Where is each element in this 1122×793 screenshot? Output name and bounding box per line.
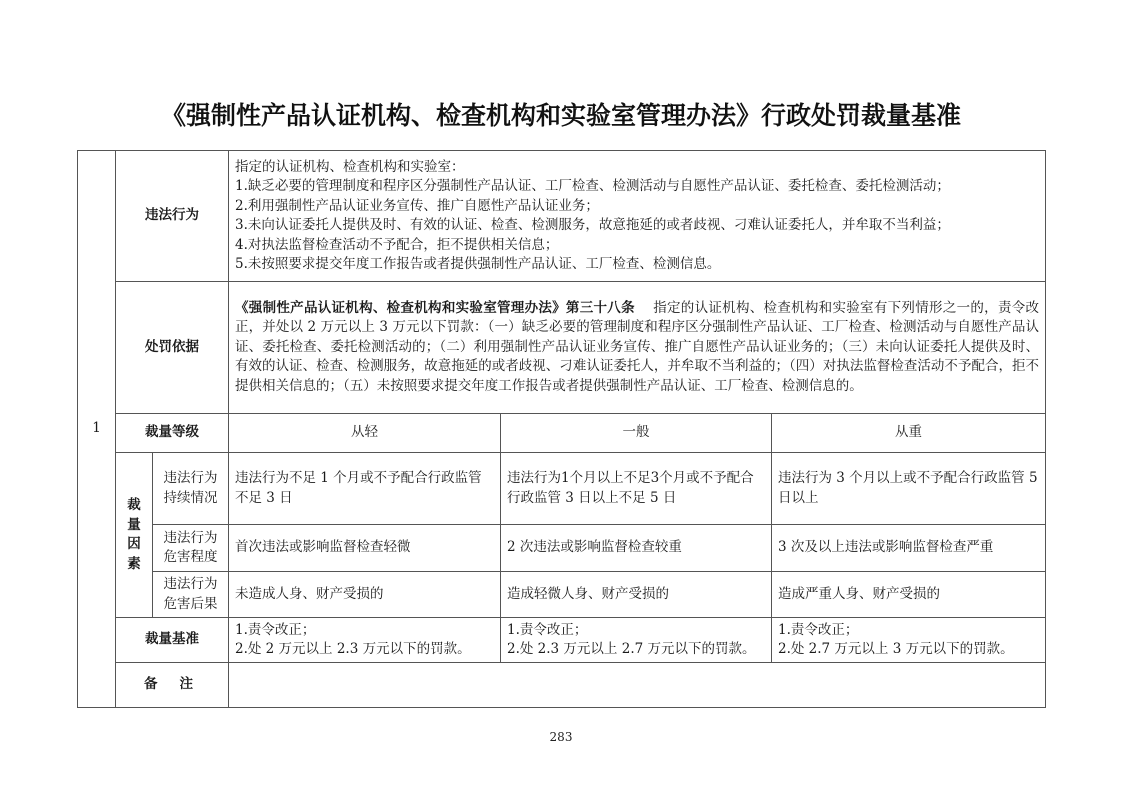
- standard-row: 裁量基准 1.责令改正； 2.处 2 万元以上 2.3 万元以下的罚款。 1.责…: [78, 618, 1046, 663]
- standard-cell: 1.责令改正； 2.处 2.7 万元以上 3 万元以下的罚款。: [772, 618, 1046, 663]
- violation-line: 1.缺乏必要的管理制度和程序区分强制性产品认证、工厂检查、检测活动与自愿性产品认…: [235, 177, 1039, 197]
- remarks-value: [229, 663, 1046, 708]
- penalty-discretion-table: 1 违法行为 指定的认证机构、检查机构和实验室： 1.缺乏必要的管理制度和程序区…: [77, 150, 1046, 708]
- violation-line: 指定的认证机构、检查机构和实验室：: [235, 158, 1039, 178]
- factors-label-char: 量: [116, 516, 152, 536]
- level-severe: 从重: [772, 414, 1046, 453]
- basis-label: 处罚依据: [116, 282, 229, 414]
- factor-row-consequence: 违法行为 危害后果 未造成人身、财产受损的 造成轻微人身、财产受损的 造成严重人…: [78, 572, 1046, 618]
- factor-cell: 造成严重人身、财产受损的: [772, 572, 1046, 618]
- basis-row: 处罚依据 《强制性产品认证机构、检查机构和实验室管理办法》第三十八条 指定的认证…: [78, 282, 1046, 414]
- violation-content: 指定的认证机构、检查机构和实验室： 1.缺乏必要的管理制度和程序区分强制性产品认…: [229, 151, 1046, 282]
- standard-line: 1.责令改正；: [507, 621, 765, 641]
- standard-line: 2.处 2.3 万元以上 2.7 万元以下的罚款。: [507, 640, 765, 660]
- factor-cell: 首次违法或影响监督检查轻微: [229, 525, 501, 572]
- factors-label-char: 素: [116, 555, 152, 575]
- factor-label-line: 持续情况: [155, 489, 226, 509]
- standard-line: 1.责令改正；: [778, 621, 1039, 641]
- violation-label: 违法行为: [116, 151, 229, 282]
- factor-label-line: 危害后果: [155, 595, 226, 615]
- factor-label-line: 危害程度: [155, 548, 226, 568]
- factor-label-line: 违法行为: [155, 529, 226, 549]
- factor-label-consequence: 违法行为 危害后果: [153, 572, 229, 618]
- levels-label: 裁量等级: [116, 414, 229, 453]
- document-title: 《强制性产品认证机构、检查机构和实验室管理办法》行政处罚裁量基准: [0, 96, 1122, 132]
- factor-label-duration: 违法行为 持续情况: [153, 453, 229, 525]
- factor-row-severity: 违法行为 危害程度 首次违法或影响监督检查轻微 2 次违法或影响监督检查较重 3…: [78, 525, 1046, 572]
- factor-cell: 3 次及以上违法或影响监督检查严重: [772, 525, 1046, 572]
- violation-line: 3.未向认证委托人提供及时、有效的认证、检查、检测服务，故意拖延的或者歧视、刁难…: [235, 216, 1039, 236]
- factor-cell: 违法行为不足 1 个月或不予配合行政监管不足 3 日: [229, 453, 501, 525]
- level-lenient: 从轻: [229, 414, 501, 453]
- levels-row: 裁量等级 从轻 一般 从重: [78, 414, 1046, 453]
- factor-cell: 2 次违法或影响监督检查较重: [501, 525, 772, 572]
- factor-cell: 造成轻微人身、财产受损的: [501, 572, 772, 618]
- factor-label-line: 违法行为: [155, 575, 226, 595]
- level-general: 一般: [501, 414, 772, 453]
- factor-label-line: 违法行为: [155, 469, 226, 489]
- factors-label-char: 裁: [116, 496, 152, 516]
- factor-cell: 违法行为1个月以上不足3个月或不予配合行政监管 3 日以上不足 5 日: [501, 453, 772, 525]
- basis-content: 《强制性产品认证机构、检查机构和实验室管理办法》第三十八条 指定的认证机构、检查…: [229, 282, 1046, 414]
- row-index: 1: [78, 151, 116, 708]
- page-number: 283: [0, 730, 1122, 744]
- standard-cell: 1.责令改正； 2.处 2.3 万元以上 2.7 万元以下的罚款。: [501, 618, 772, 663]
- factor-cell: 违法行为 3 个月以上或不予配合行政监管 5 日以上: [772, 453, 1046, 525]
- factor-cell: 未造成人身、财产受损的: [229, 572, 501, 618]
- violation-row: 1 违法行为 指定的认证机构、检查机构和实验室： 1.缺乏必要的管理制度和程序区…: [78, 151, 1046, 282]
- standard-label: 裁量基准: [116, 618, 229, 663]
- standard-line: 2.处 2.7 万元以上 3 万元以下的罚款。: [778, 640, 1039, 660]
- standard-line: 2.处 2 万元以上 2.3 万元以下的罚款。: [235, 640, 494, 660]
- violation-line: 5.未按照要求提交年度工作报告或者提供强制性产品认证、工厂检查、检测信息。: [235, 255, 1039, 275]
- standard-cell: 1.责令改正； 2.处 2 万元以上 2.3 万元以下的罚款。: [229, 618, 501, 663]
- remarks-label: 备注: [116, 663, 229, 708]
- factor-label-severity: 违法行为 危害程度: [153, 525, 229, 572]
- remarks-row: 备注: [78, 663, 1046, 708]
- violation-line: 2.利用强制性产品认证业务宣传、推广自愿性产品认证业务；: [235, 197, 1039, 217]
- basis-heading: 《强制性产品认证机构、检查机构和实验室管理办法》第三十八条: [235, 300, 635, 316]
- factor-row-duration: 裁 量 因 素 违法行为 持续情况 违法行为不足 1 个月或不予配合行政监管不足…: [78, 453, 1046, 525]
- factors-label: 裁 量 因 素: [116, 453, 153, 618]
- factors-label-char: 因: [116, 535, 152, 555]
- standard-line: 1.责令改正；: [235, 621, 494, 641]
- violation-line: 4.对执法监督检查活动不予配合，拒不提供相关信息；: [235, 236, 1039, 256]
